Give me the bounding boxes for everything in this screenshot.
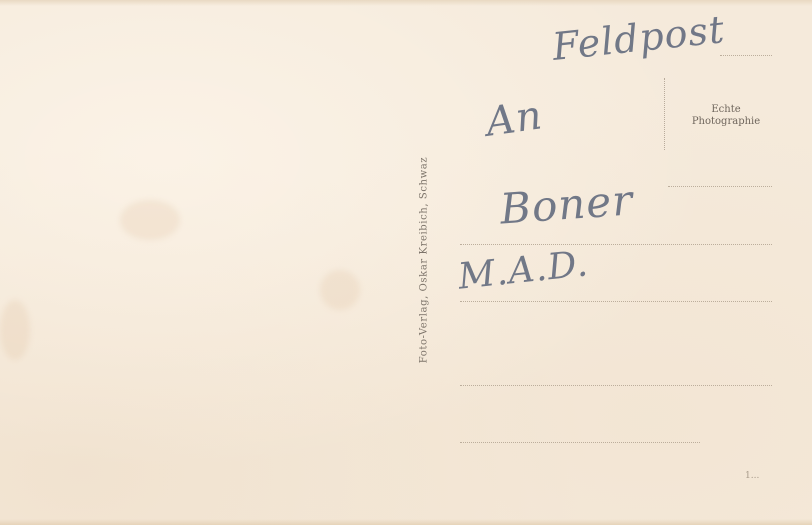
handwriting-an: An bbox=[483, 92, 546, 145]
postcard-back: Foto-Verlag, Oskar Kreibich, Schwaz Echt… bbox=[0, 0, 812, 525]
stamp-label-line2: Photographie bbox=[678, 116, 774, 128]
handwriting-recipient-name: Boner bbox=[498, 175, 634, 233]
serial-number: 1... bbox=[745, 471, 759, 481]
address-dotted-line bbox=[460, 301, 772, 302]
paper-stain bbox=[0, 300, 30, 360]
address-dotted-line bbox=[460, 385, 772, 386]
handwriting-recipient-unit: M.A.D. bbox=[456, 243, 590, 297]
address-dotted-line bbox=[720, 55, 772, 56]
paper-stain bbox=[120, 200, 180, 240]
paper-edge-bottom bbox=[0, 519, 812, 525]
stamp-label-line1: Echte bbox=[678, 104, 774, 116]
publisher-imprint: Foto-Verlag, Oskar Kreibich, Schwaz bbox=[419, 157, 430, 363]
address-dotted-line bbox=[668, 186, 772, 187]
stamp-area: Echte Photographie bbox=[664, 78, 774, 150]
paper-stain bbox=[320, 270, 360, 310]
stamp-area-label: Echte Photographie bbox=[678, 104, 774, 128]
handwriting-feldpost: Feldpost bbox=[550, 7, 727, 69]
paper-edge-top bbox=[0, 0, 812, 6]
stamp-area-border bbox=[664, 78, 665, 150]
address-dotted-line bbox=[460, 442, 700, 443]
address-dotted-line bbox=[460, 244, 772, 245]
